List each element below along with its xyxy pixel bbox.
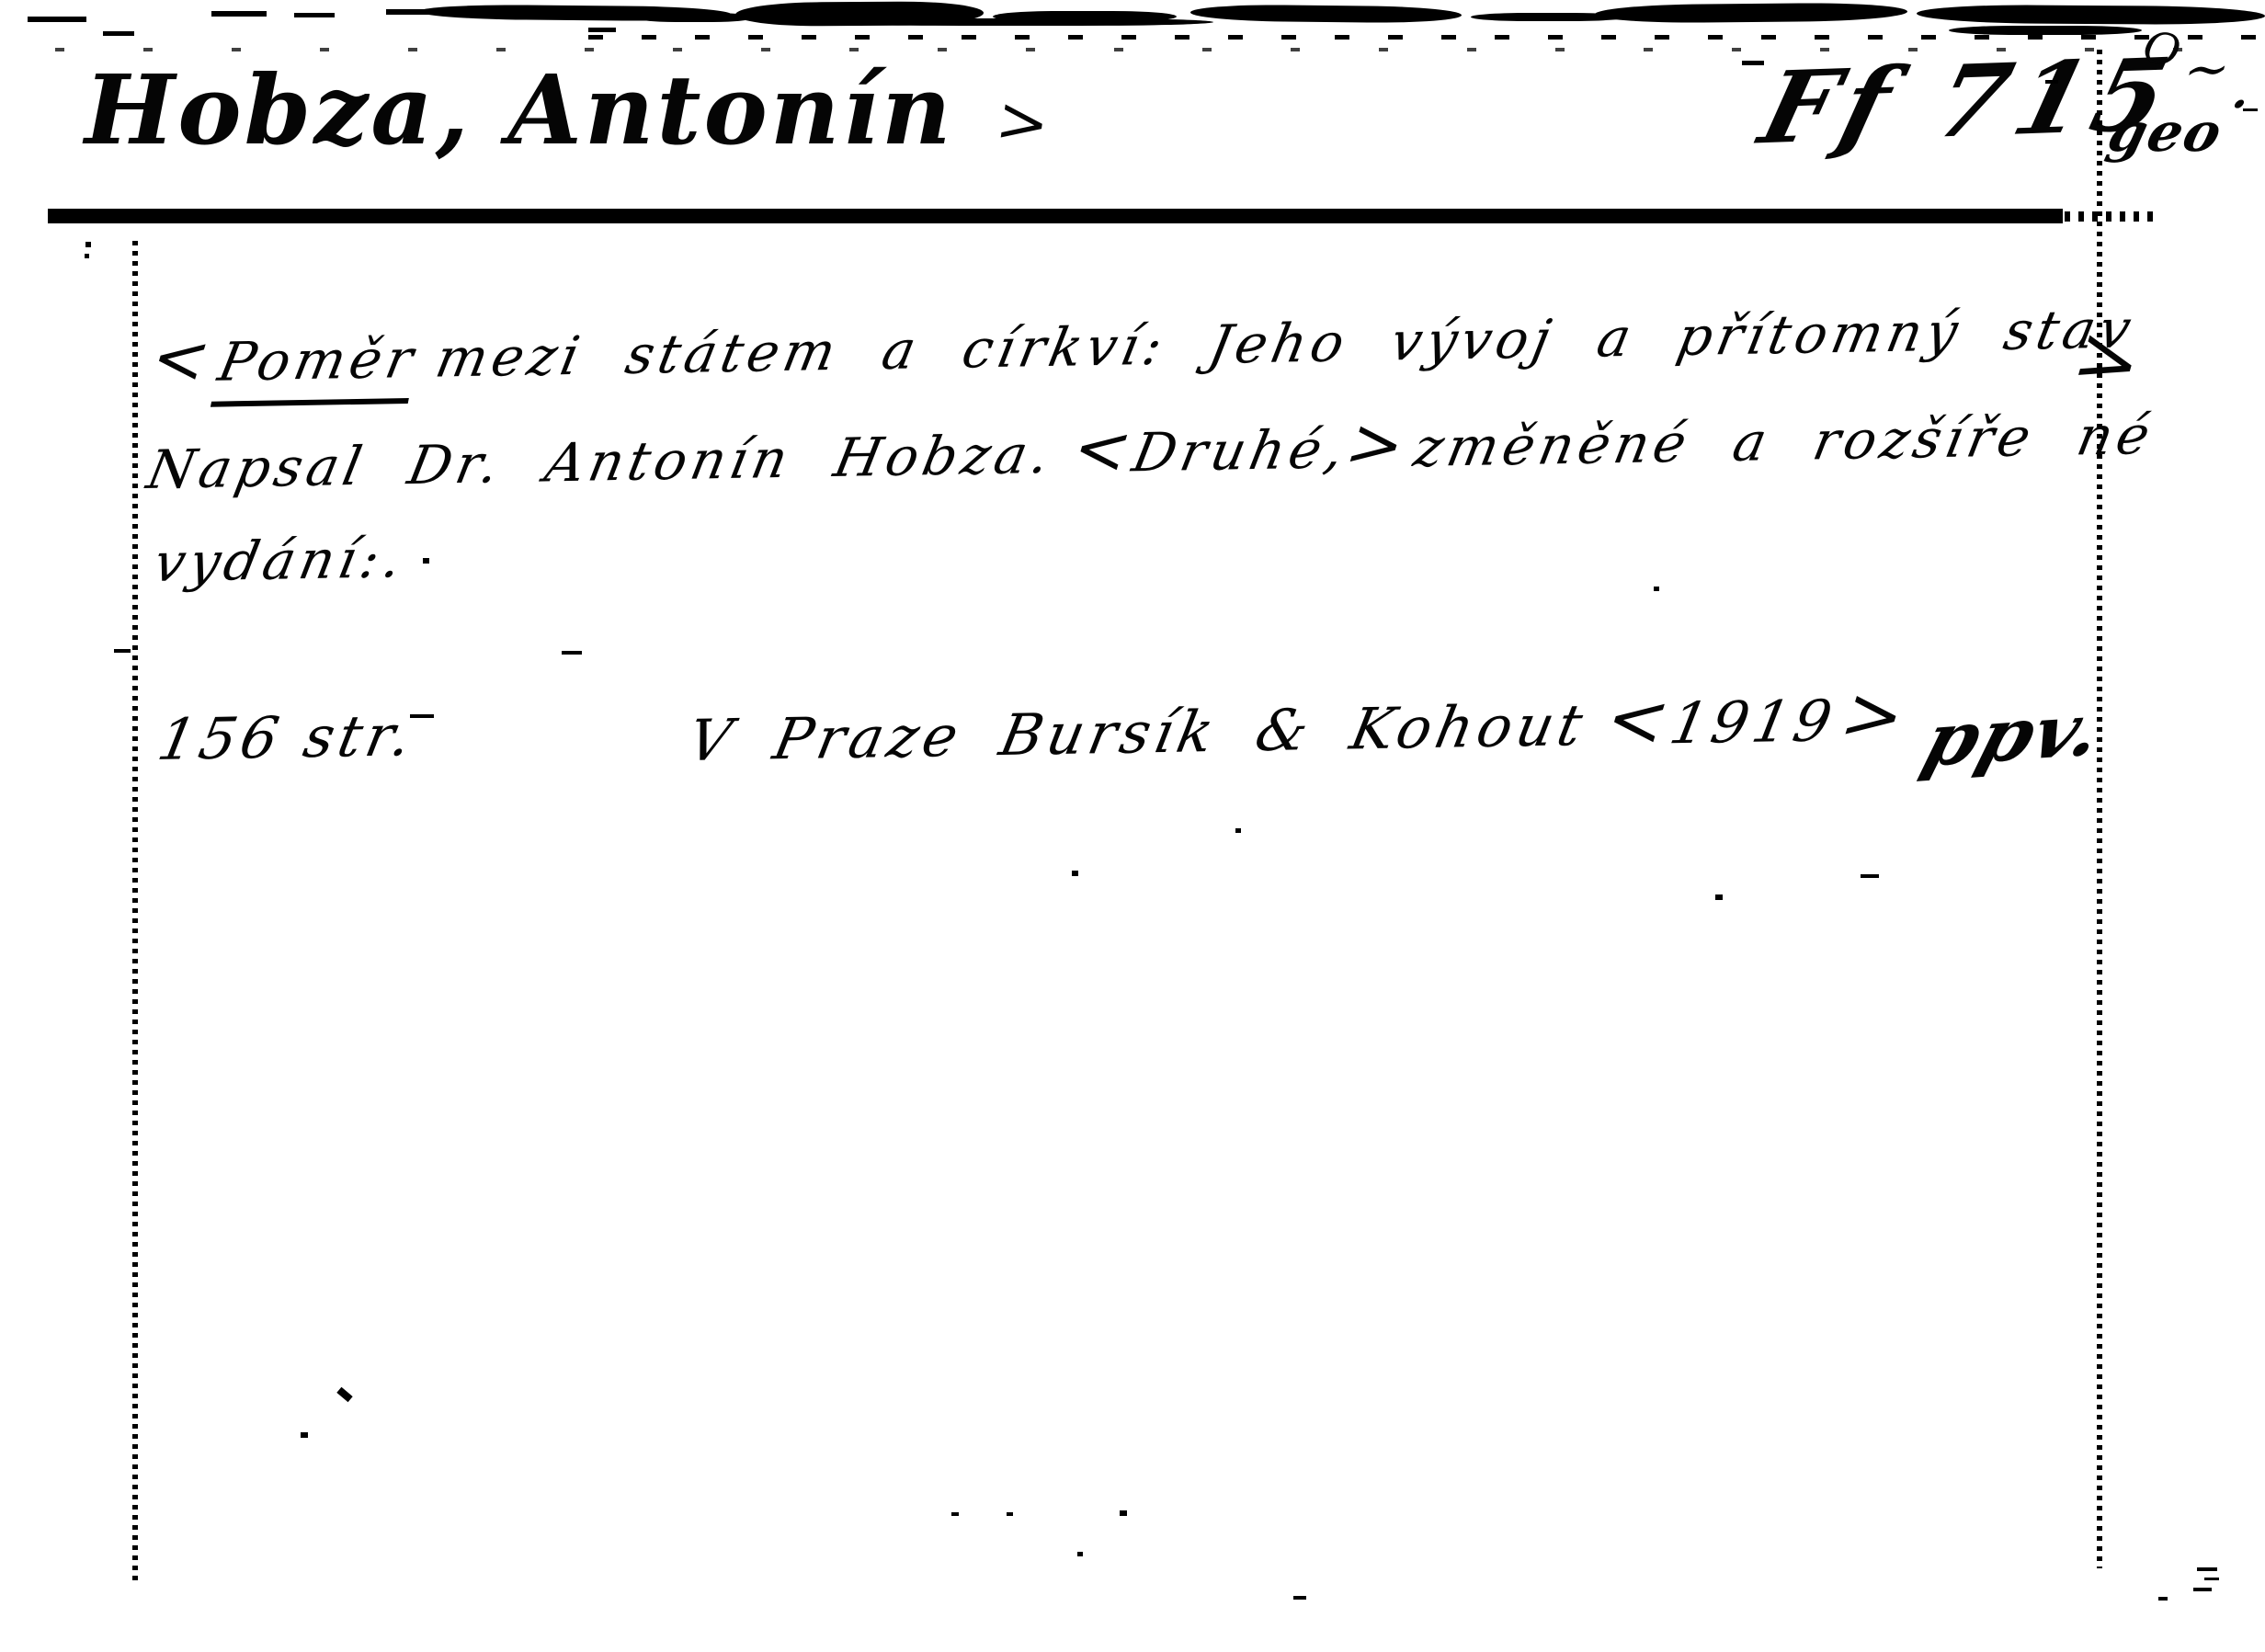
scan-noise-speck xyxy=(2158,1597,2168,1601)
scan-noise-speck xyxy=(1949,26,2142,35)
scan-noise-speck xyxy=(1072,871,1078,876)
title-line: <Poměrmezi státem a církví: Jeho vývoj a… xyxy=(145,286,2143,397)
scan-noise-speck xyxy=(2204,1578,2219,1580)
scan-noise-speck xyxy=(114,649,131,653)
scan-noise-speck xyxy=(301,1432,308,1438)
edition-line: vydání:. xyxy=(149,527,411,594)
insert-mark-icon: > xyxy=(991,83,1055,163)
scan-noise-speck xyxy=(423,558,429,564)
scan-noise-speck xyxy=(1742,61,1764,65)
scan-noise-speck xyxy=(336,1387,352,1402)
statement-inserted: Druhé, xyxy=(1128,417,1354,484)
left-margin-dotted-line xyxy=(132,241,138,1585)
scan-noise-speck xyxy=(1293,1596,1306,1600)
scan-noise-speck xyxy=(562,651,582,655)
insert-mark-close-icon: > xyxy=(1337,403,1419,484)
scan-noise-speck xyxy=(103,31,134,36)
scan-noise-speck xyxy=(1235,828,1241,833)
imprint-line: V Praze Bursík & Kohout<1919> xyxy=(682,674,1917,778)
scan-noise-speck xyxy=(2045,80,2058,84)
scan-noise-speck xyxy=(1715,894,1723,900)
scan-noise-speck xyxy=(410,714,434,718)
catalog-card-scan: Hobza, Antonín> Ff 715~· O geo <Poměrmez… xyxy=(0,0,2265,1652)
scan-noise-speck xyxy=(2197,1567,2217,1571)
scan-noise-speck xyxy=(386,9,450,15)
author-name: Hobza, Antonín xyxy=(85,53,954,166)
scan-noise-speck xyxy=(1077,1552,1083,1556)
scan-noise-speck xyxy=(1595,3,1907,24)
imprint-year: 1919 xyxy=(1665,687,1842,757)
corner-note: geo xyxy=(2102,101,2230,164)
scan-noise-speck xyxy=(28,17,86,22)
statement-before: Napsal Dr. Antonín Hobza. xyxy=(142,423,1060,501)
scan-noise-speck xyxy=(294,13,335,17)
header-rule-tail xyxy=(2065,211,2153,222)
scan-noise-speck xyxy=(951,1512,959,1516)
scan-noise-speck xyxy=(211,11,267,17)
insert-mark-open-icon: < xyxy=(142,317,223,399)
scan-noise-speck xyxy=(2243,108,2258,111)
scan-noise-speck xyxy=(85,242,91,247)
scan-noise-speck xyxy=(1120,1510,1127,1516)
scan-noise-speck xyxy=(993,11,1177,22)
scan-noise-speck xyxy=(1861,874,1879,878)
scan-noise-speck xyxy=(1654,587,1659,591)
right-margin-dotted-line xyxy=(2097,50,2102,1568)
author-heading: Hobza, Antonín> xyxy=(85,53,1052,166)
imprint-place-publisher: V Praze Bursík & Kohout xyxy=(683,691,1593,774)
scan-noise-speck xyxy=(588,28,616,32)
statement-after: změněné a rozšíře né xyxy=(1409,404,2159,479)
scan-noise-speck xyxy=(1190,4,1462,23)
header-rule xyxy=(48,209,2063,223)
scan-noise-speck xyxy=(2193,1588,2212,1591)
title-rest: mezi státem a církví: Jeho vývoj a příto… xyxy=(431,297,2141,389)
scan-noise-speck xyxy=(1007,1512,1013,1516)
scan-noise-speck xyxy=(1917,5,2265,26)
statement-line: Napsal Dr. Antonín Hobza.<Druhé,>změněné… xyxy=(142,392,2162,504)
scan-noise-speck xyxy=(85,254,89,258)
scan-noise-speck xyxy=(496,15,533,19)
extent: 156 str. xyxy=(153,701,422,773)
insert-mark-close-icon: > xyxy=(1832,672,1920,760)
title-underlined-word: Poměr xyxy=(211,327,423,407)
cataloger-annotation: ppv. xyxy=(1914,686,2114,784)
scan-noise-dashes xyxy=(588,35,2261,40)
